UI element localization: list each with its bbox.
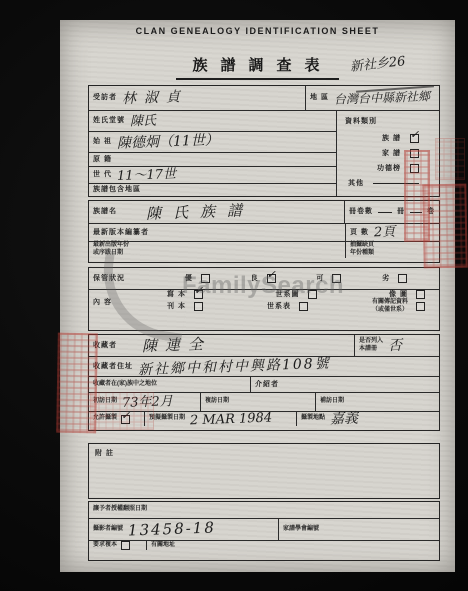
volumes-blank-1 <box>378 212 392 213</box>
option-label: 像 圖 <box>389 290 408 299</box>
film-date-value: 2 MAR 1984 <box>190 411 273 427</box>
second-visit-cell: 複訪日期 <box>201 393 316 411</box>
option-label: 世系表 <box>267 302 291 311</box>
checkbox-printed <box>194 302 203 311</box>
checkbox-copy-request <box>121 541 130 550</box>
region-value: 台灣台中縣新社鄉 <box>334 90 430 105</box>
basic-left-column: 姓氏堂號 陳氏 始 祖 陳德炯（11世） 原 籍 世 代 11～17世 <box>89 111 337 196</box>
region-label: 地 區 <box>310 93 329 102</box>
origin-label: 原 籍 <box>93 155 112 164</box>
surname-hall-value: 陳氏 <box>130 114 156 128</box>
film-date-cell: 預擬攝製日期 2 MAR 1984 <box>145 412 297 426</box>
listed-label-line2: 本譜冊 <box>359 346 383 354</box>
address-value: 新社鄉中和村中興路108號 <box>138 356 331 377</box>
form-section-footer: 讓予者授權翻照日期 攝影者編號 13458-18 家譜學會編號 要求複本 <box>88 501 440 561</box>
third-visit-cell: 補訪日期 <box>316 393 439 411</box>
notes-label: 附 註 <box>95 449 114 458</box>
second-visit-label: 複訪日期 <box>205 398 229 406</box>
photographer-number-cell: 攝影者編號 13458-18 <box>89 519 279 540</box>
film-date-label: 預擬攝製日期 <box>149 415 185 423</box>
position-label: 收藏者在(家)族中之地位 <box>93 381 157 389</box>
listed-value: 否 <box>388 338 402 352</box>
red-seal-stamp-right-small <box>435 138 465 180</box>
address-label: 收藏者住址 <box>93 362 133 371</box>
photographer-number-label: 攝影者編號 <box>93 526 123 534</box>
editor-label: 最新版本編纂者 <box>93 228 149 237</box>
notes-cell: 附 註 <box>89 444 439 463</box>
address-cell: 收藏者住址 新社鄉中和村中興路108號 <box>89 357 439 376</box>
form-section-volume: 族譜名 陳氏族譜 冊卷數 冊 卷 最新版本編纂者 頁 數 <box>88 200 440 263</box>
option-label-line1: 有關傳記資料 <box>372 299 408 307</box>
society-number-label: 家譜學會編號 <box>283 526 319 534</box>
listed-label-line1: 是否列入 <box>359 338 383 346</box>
generations-label: 世 代 <box>93 170 112 179</box>
surname-hall-cell: 姓氏堂號 陳氏 <box>89 111 336 132</box>
material-type-0-label: 族 譜 <box>382 134 401 143</box>
editor-cell: 最新版本編纂者 <box>89 224 346 241</box>
genealogy-title-value: 陳氏族譜 <box>146 203 254 222</box>
material-type-1-label: 家 譜 <box>382 149 401 158</box>
content-option-biographical: 有關傳記資料 （或僅世系） <box>372 299 425 315</box>
position-cell: 收藏者在(家)族中之地位 <box>89 377 251 392</box>
form-section-basic: 受訪者 林淑貞 地 區 台灣台中縣新社鄉 姓氏堂號 陳氏 始 祖 陳德炯（11 <box>88 85 440 197</box>
generations-value: 11～17世 <box>117 167 177 182</box>
missing-pages-label-line1: 抽攝缺頁 <box>350 242 374 250</box>
pages-value: 2頁 <box>374 226 396 240</box>
content-option-lineage-table: 世系表 <box>267 302 308 311</box>
publication-date-label-line1: 最新出版年份 <box>93 242 129 250</box>
authorize-date-cell: 讓予者授權翻照日期 <box>89 502 439 518</box>
red-seal-stamp-left-bleed <box>90 392 154 430</box>
society-number-cell: 家譜學會編號 <box>279 519 439 540</box>
surname-hall-label: 姓氏堂號 <box>93 116 125 125</box>
checkbox-clan-genealogy: ✓ <box>410 134 419 143</box>
film-place-label: 攝製地點 <box>301 415 325 423</box>
checkbox-lineage-table <box>299 302 308 311</box>
first-ancestor-cell: 始 祖 陳德炯（11世） <box>89 132 336 153</box>
material-type-3-label: 其他 <box>348 179 364 188</box>
film-place-cell: 攝製地點 嘉義 <box>297 412 439 426</box>
introducer-label: 介紹者 <box>255 380 279 389</box>
checkbox-biographical <box>416 302 425 311</box>
pages-label: 頁 數 <box>350 228 369 237</box>
introducer-cell: 介紹者 <box>251 377 439 392</box>
content-option-portrait: 像 圖 <box>389 290 425 299</box>
condition-option-poor: 劣 <box>382 274 407 283</box>
interviewee-label: 受訪者 <box>93 93 117 102</box>
coverage-label: 族譜包含地區 <box>93 185 141 194</box>
red-seal-stamp-right-square <box>422 184 467 269</box>
scanned-genealogy-sheet: CLAN GENEALOGY IDENTIFICATION SHEET 族譜調查… <box>0 0 468 591</box>
form-section-notes: 附 註 <box>88 443 440 499</box>
genealogy-title-label: 族譜名 <box>93 207 117 216</box>
familysearch-watermark: FamilySearch <box>182 272 344 300</box>
interviewee-cell: 受訪者 林淑貞 <box>89 86 306 110</box>
film-place-value: 嘉義 <box>330 412 358 427</box>
related-address-cell: 有關地址 <box>147 541 439 550</box>
checkbox-portrait <box>416 290 425 299</box>
content-options-row2: 刊 本 世系表 有關傳記資料 （或僅世系） <box>167 299 425 315</box>
option-label: 劣 <box>382 274 390 283</box>
photographer-number-value: 13458-18 <box>128 520 216 538</box>
volumes-label: 冊卷數 <box>349 207 373 216</box>
material-type-label: 資料類別 <box>345 117 439 126</box>
english-title: CLAN GENEALOGY IDENTIFICATION SHEET <box>60 26 455 36</box>
generations-cell: 世 代 11～17世 <box>89 167 336 184</box>
authorize-date-label: 讓予者授權翻照日期 <box>93 506 147 514</box>
holder-cell: 收藏者 陳連全 <box>89 335 355 356</box>
region-cell: 地 區 台灣台中縣新社鄉 <box>306 86 439 110</box>
listed-cell: 是否列入 本譜冊 否 <box>355 335 439 356</box>
copy-request-cell: 要求複本 <box>89 541 147 550</box>
first-ancestor-value: 陳德炯（11世） <box>117 133 219 151</box>
related-address-label: 有關地址 <box>151 542 175 550</box>
option-label-line2: （或僅世系） <box>372 307 408 315</box>
third-visit-label: 補訪日期 <box>320 398 344 406</box>
first-ancestor-label: 始 祖 <box>93 137 112 146</box>
origin-cell: 原 籍 <box>89 153 336 167</box>
material-type-item: 族 譜 ✓ <box>337 134 419 143</box>
coverage-cell: 族譜包含地區 <box>89 184 336 196</box>
checkbox-poor <box>398 274 407 283</box>
genealogy-title-cell: 族譜名 陳氏族譜 <box>89 201 345 223</box>
material-type-2-label: 功德榜 <box>377 164 401 173</box>
chinese-title: 族譜調查表 <box>176 54 338 80</box>
check-mark: ✓ <box>410 128 419 141</box>
copy-request-label: 要求複本 <box>93 542 117 550</box>
interviewee-value: 林淑貞 <box>122 90 188 106</box>
missing-pages-label-line2: 年份種類 <box>350 250 374 258</box>
